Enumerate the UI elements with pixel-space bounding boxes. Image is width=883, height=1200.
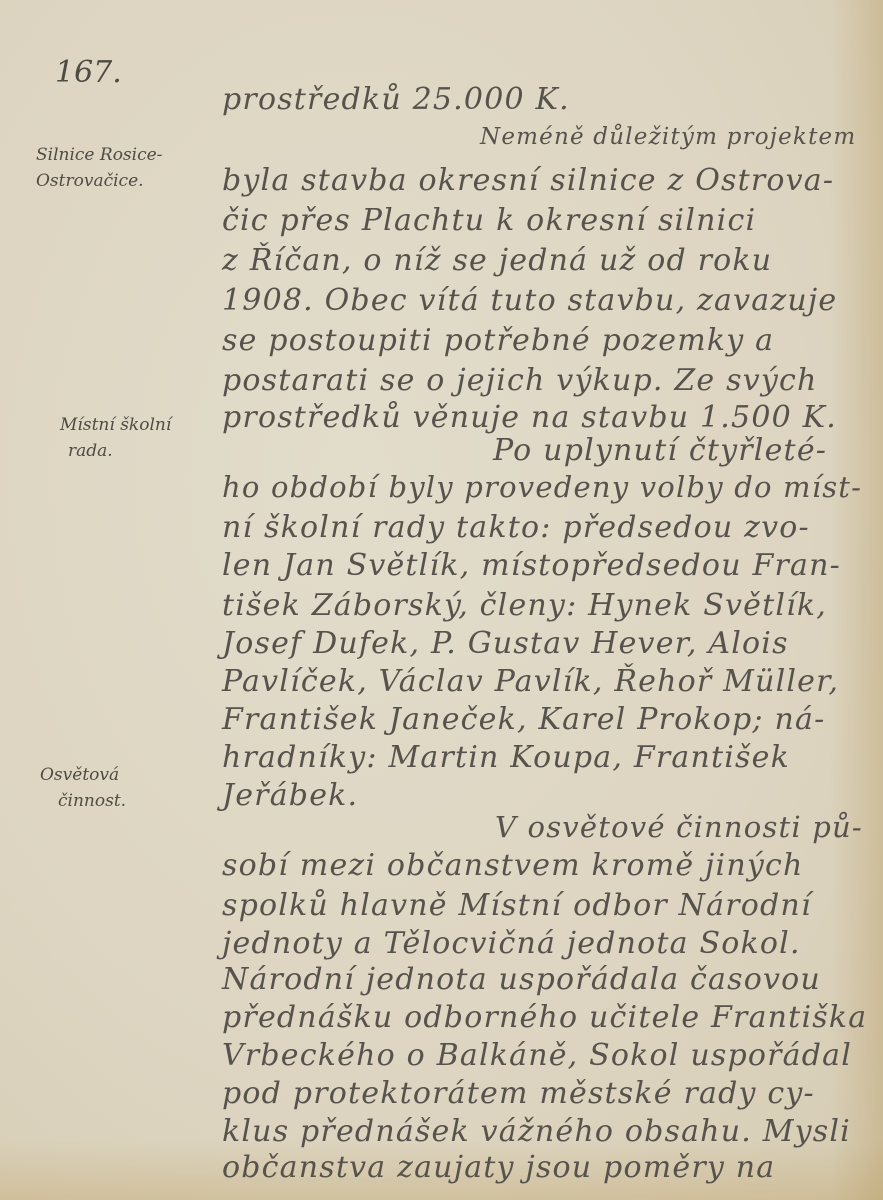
text-line: z Říčan, o níž se jedná už od roku bbox=[222, 243, 772, 278]
margin-note-line: Osvětová bbox=[40, 762, 200, 788]
text-line: se postoupiti potřebné pozemky a bbox=[222, 323, 774, 358]
manuscript-page: 167. Silnice Rosice- Ostrovačice. Místní… bbox=[0, 0, 883, 1200]
text-line: občanstva zaujaty jsou poměry na bbox=[222, 1150, 775, 1185]
text-line: postarati se o jejich výkup. Ze svých bbox=[222, 363, 818, 398]
text-line: ní školní rady takto: předsedou zvo- bbox=[222, 510, 810, 545]
margin-note-skolni-rada: Místní školní rada. bbox=[60, 412, 220, 464]
text-line: len Jan Světlík, místopředsedou Fran- bbox=[222, 548, 841, 583]
text-line: V osvětové činnosti pů- bbox=[495, 810, 863, 844]
text-line: Neméně důležitým projektem bbox=[480, 124, 856, 150]
margin-note-line: Místní školní bbox=[60, 412, 220, 438]
text-line: sobí mezi občanstvem kromě jiných bbox=[222, 848, 804, 883]
text-line: hradníky: Martin Koupa, František bbox=[222, 740, 790, 775]
margin-note-line: Silnice Rosice- bbox=[36, 142, 196, 168]
page-number: 167. bbox=[55, 55, 122, 90]
text-line: byla stavba okresní silnice z Ostrova- bbox=[222, 163, 834, 198]
text-line: 1908. Obec vítá tuto stavbu, zavazuje bbox=[222, 283, 837, 318]
text-line: čic přes Plachtu k okresní silnici bbox=[222, 203, 756, 238]
text-line: přednášku odborného učitele Františka bbox=[222, 1000, 867, 1035]
text-line: jednoty a Tělocvičná jednota Sokol. bbox=[222, 926, 801, 961]
text-line: Josef Dufek, P. Gustav Hever, Alois bbox=[222, 626, 789, 661]
text-line: Po uplynutí čtyřleté- bbox=[493, 433, 827, 468]
margin-note-line: činnost. bbox=[40, 788, 200, 814]
text-line: Jeřábek. bbox=[222, 778, 358, 813]
text-line: prostředků věnuje na stavbu 1.500 K. bbox=[222, 400, 837, 435]
text-line: prostředků 25.000 K. bbox=[222, 82, 570, 117]
text-line: spolků hlavně Místní odbor Národní bbox=[222, 888, 812, 923]
margin-note-osvetova: Osvětová činnost. bbox=[40, 762, 200, 814]
margin-note-line: rada. bbox=[60, 438, 220, 464]
text-line: pod protektorátem městské rady cy- bbox=[222, 1076, 815, 1111]
margin-note-silnice: Silnice Rosice- Ostrovačice. bbox=[36, 142, 196, 194]
text-line: Pavlíček, Václav Pavlík, Řehoř Müller, bbox=[222, 664, 839, 699]
margin-note-line: Ostrovačice. bbox=[36, 168, 196, 194]
text-line: ho období byly provedeny volby do míst- bbox=[222, 470, 862, 504]
text-line: Národní jednota uspořádala časovou bbox=[222, 962, 821, 997]
text-line: Vrbeckého o Balkáně, Sokol uspořádal bbox=[222, 1038, 852, 1073]
text-line: František Janeček, Karel Prokop; ná- bbox=[222, 702, 825, 737]
text-line: klus přednášek vážného obsahu. Mysli bbox=[222, 1114, 851, 1149]
text-line: tišek Záborský, členy: Hynek Světlík, bbox=[222, 588, 827, 623]
